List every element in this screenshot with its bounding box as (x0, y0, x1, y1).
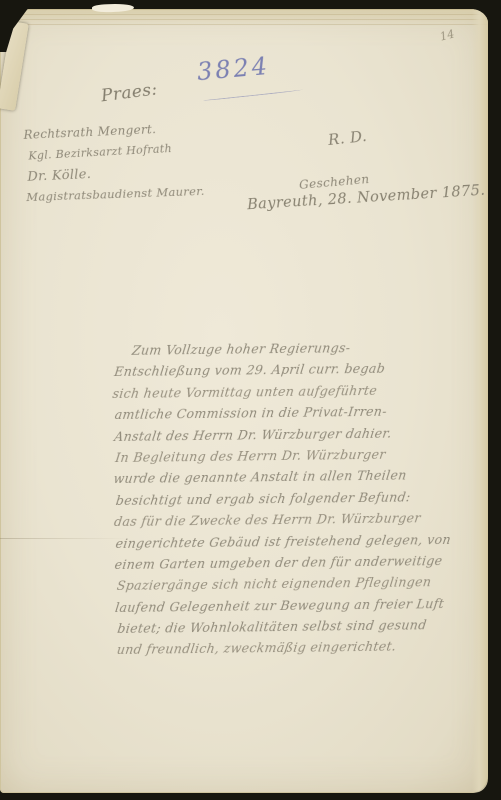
body-line: und freundlich, zweckmäßig eingerichtet. (115, 638, 474, 664)
body-paragraph: Zum Vollzuge hoher Regierungs- Entschlie… (110, 339, 470, 664)
manuscript-scan: 14 3824 Praes: Rechtsrath Mengert. Kgl. … (0, 0, 501, 800)
attendee-list: Rechtsrath Mengert. Kgl. Bezirksarzt Hof… (23, 120, 205, 212)
paper-crease (0, 538, 128, 539)
page-edge-right (472, 9, 488, 793)
page-edge-top (0, 9, 488, 26)
